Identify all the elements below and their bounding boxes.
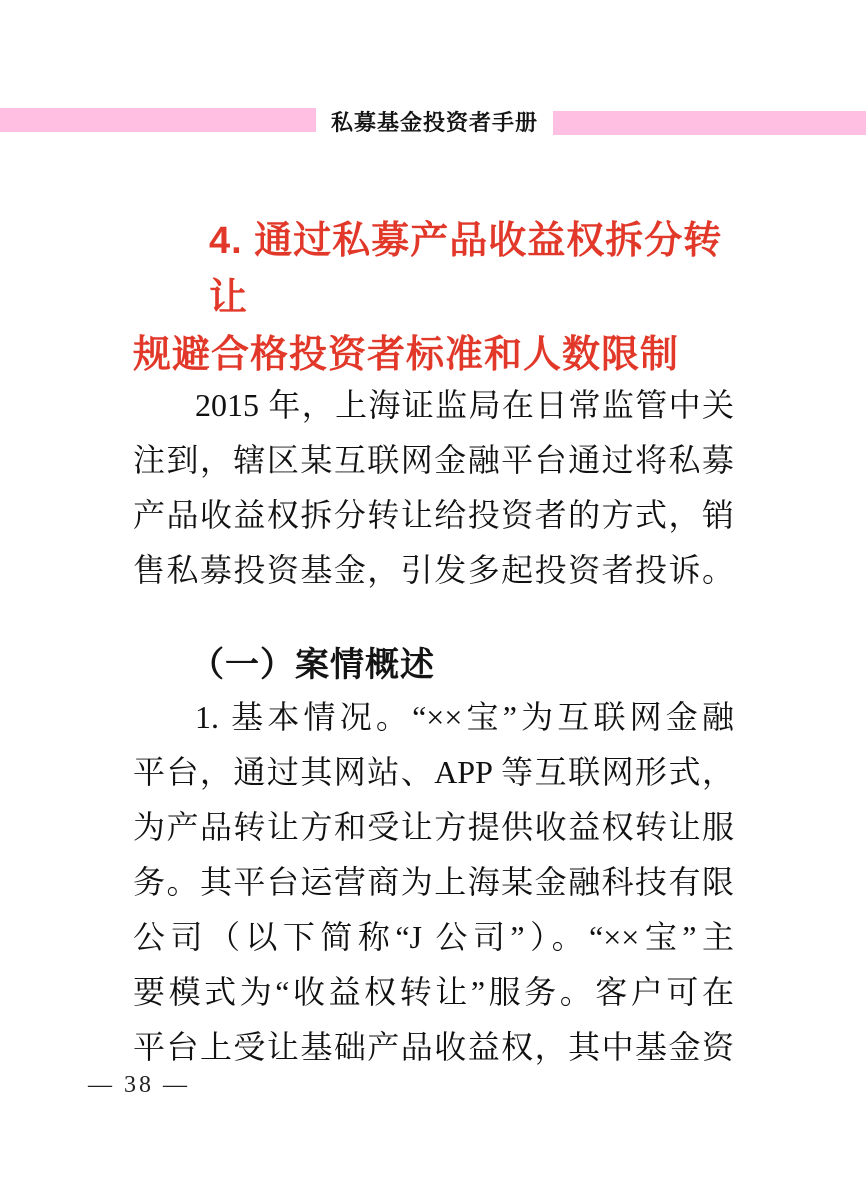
section-heading: （一）案情概述 (190, 643, 435, 687)
text-line: 售私募投资基金，引发多起投资者投诉。 (133, 543, 734, 598)
chapter-title-line-2: 规避合格投资者标准和人数限制 (133, 327, 737, 384)
text-line: 平台上受让基础产品收益权，其中基金资 (133, 1020, 734, 1075)
text-line: 务。其平台运营商为上海某金融科技有限 (133, 855, 734, 910)
text-line: 2015 年，上海证监局在日常监管中关 (133, 378, 734, 433)
document-page: 私募基金投资者手册 4. 通过私募产品收益权拆分转让 规避合格投资者标准和人数限… (0, 0, 866, 1189)
text-line: 产品收益权拆分转让给投资者的方式，销 (133, 488, 734, 543)
text-line: 1. 基本情况。“××宝”为互联网金融 (133, 690, 734, 745)
header-rule-left (0, 108, 316, 132)
text-line: 平台，通过其网站、APP 等互联网形式， (133, 745, 734, 800)
page-number: — 38 — (88, 1070, 190, 1100)
paragraph-basic-info: 1. 基本情况。“××宝”为互联网金融 平台，通过其网站、APP 等互联网形式，… (133, 690, 734, 1075)
chapter-title-line-1: 4. 通过私募产品收益权拆分转让 (133, 213, 737, 327)
page-header: 私募基金投资者手册 (0, 107, 866, 139)
text-line: 注到，辖区某互联网金融平台通过将私募 (133, 433, 734, 488)
paragraph-intro: 2015 年，上海证监局在日常监管中关 注到，辖区某互联网金融平台通过将私募 产… (133, 378, 734, 598)
text-line: 公司（以下简称“J 公司”）。“××宝”主 (133, 910, 734, 965)
text-line: 为产品转让方和受让方提供收益权转让服 (133, 800, 734, 855)
book-title: 私募基金投资者手册 (316, 107, 553, 139)
chapter-title: 4. 通过私募产品收益权拆分转让 规避合格投资者标准和人数限制 (133, 213, 737, 384)
text-line: 要模式为“收益权转让”服务。客户可在 (133, 965, 734, 1020)
header-rule-right (553, 111, 866, 135)
